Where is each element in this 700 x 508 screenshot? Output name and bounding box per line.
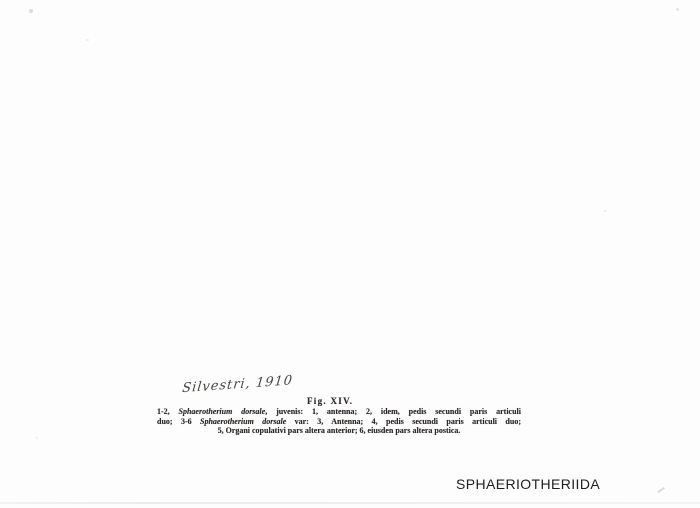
footer-taxon-label: SPHAERIOTHERIIDA: [456, 476, 600, 492]
scan-speck: [604, 210, 607, 212]
handwritten-note: Silvestri, 1910: [181, 373, 293, 396]
caption-text: var: 3, Antenna; 4, pedis secundi paris …: [286, 417, 521, 426]
scanned-document-page: Silvestri, 1910 Fig. XIV. 1-2, Sphaeroth…: [0, 0, 700, 508]
caption-line-1: 1-2, Sphaerotherium dorsale, juvenis: 1,…: [157, 407, 521, 417]
taxon-name: Sphaerotherium dorsale: [179, 407, 266, 416]
caption-text: duo; 3-6: [157, 417, 200, 426]
scan-mark: [657, 487, 664, 493]
scan-speck: [86, 39, 89, 41]
taxon-name: Sphaerotherium dorsale: [200, 417, 286, 426]
caption-text: 1-2,: [157, 407, 179, 416]
scan-speck: [676, 8, 679, 11]
figure-caption: 1-2, Sphaerotherium dorsale, juvenis: 1,…: [157, 407, 521, 436]
caption-line-3: 5, Organi copulativi pars altera anterio…: [157, 426, 521, 436]
caption-line-2: duo; 3-6 Sphaerotherium dorsale var: 3, …: [157, 417, 521, 427]
scan-speck: [29, 9, 33, 13]
scan-speck: [36, 437, 38, 439]
plate-heading: Fig. XIV.: [307, 396, 353, 406]
caption-text: , juvenis: 1, antenna; 2, idem, pedis se…: [265, 407, 521, 416]
scan-page-edge: [0, 502, 700, 504]
